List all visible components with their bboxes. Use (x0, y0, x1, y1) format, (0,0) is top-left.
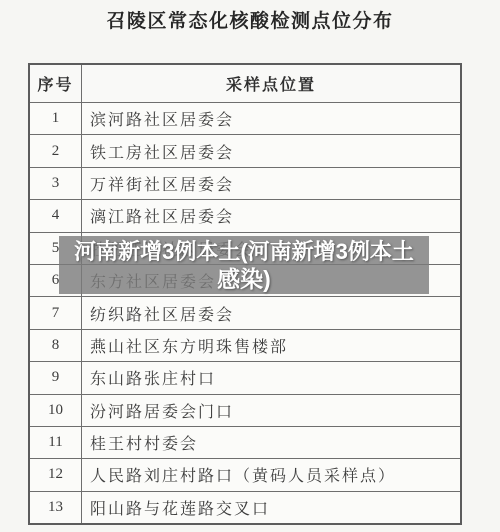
table-row: 10汾河路居委会门口 (29, 394, 461, 426)
page-title: 召陵区常态化核酸检测点位分布 (0, 6, 500, 33)
table-header-row: 序号 采样点位置 (29, 64, 461, 103)
row-sampling-location: 桂王村村委会 (82, 426, 462, 458)
header-serial-number: 序号 (29, 64, 82, 103)
row-serial-number: 4 (29, 200, 82, 232)
table-row: 3万祥街社区居委会 (29, 167, 461, 199)
row-serial-number: 9 (29, 362, 82, 394)
row-sampling-location: 人民路刘庄村路口（黄码人员采样点） (82, 459, 462, 491)
row-serial-number: 12 (29, 459, 82, 491)
row-sampling-location: 汾河路居委会门口 (82, 394, 462, 426)
header-sampling-location: 采样点位置 (82, 64, 462, 103)
news-caption-line1: 河南新增3例本土(河南新增3例本土 (59, 238, 429, 266)
table-row: 13阳山路与花莲路交叉口 (29, 491, 461, 523)
row-serial-number: 7 (29, 297, 82, 329)
row-sampling-location: 滨河路社区居委会 (82, 103, 462, 135)
row-sampling-location: 漓江路社区居委会 (82, 200, 462, 232)
row-sampling-location: 铁工房社区居委会 (82, 135, 462, 167)
row-sampling-location: 万祥街社区居委会 (82, 167, 462, 199)
table-row: 1滨河路社区居委会 (29, 103, 461, 135)
row-serial-number: 8 (29, 329, 82, 361)
row-sampling-location: 燕山社区东方明珠售楼部 (82, 329, 462, 361)
news-caption-line2: 感染) (59, 266, 429, 293)
news-caption-overlay: 河南新增3例本土(河南新增3例本土 感染) (59, 236, 429, 294)
row-serial-number: 13 (29, 491, 82, 523)
row-serial-number: 11 (29, 426, 82, 458)
table-row: 11桂王村村委会 (29, 426, 461, 458)
row-serial-number: 1 (29, 103, 82, 135)
row-sampling-location: 纺织路社区居委会 (82, 297, 462, 329)
table-row: 12人民路刘庄村路口（黄码人员采样点） (29, 459, 461, 491)
table-row: 8燕山社区东方明珠售楼部 (29, 329, 461, 361)
row-serial-number: 2 (29, 135, 82, 167)
table-row: 9东山路张庄村口 (29, 362, 461, 394)
row-sampling-location: 东山路张庄村口 (82, 362, 462, 394)
row-serial-number: 3 (29, 167, 82, 199)
table-body: 1滨河路社区居委会2铁工房社区居委会3万祥街社区居委会4漓江路社区居委会5牡丹江… (29, 103, 461, 524)
table-row: 7纺织路社区居委会 (29, 297, 461, 329)
table-row: 4漓江路社区居委会 (29, 200, 461, 232)
row-sampling-location: 阳山路与花莲路交叉口 (82, 491, 462, 523)
table-row: 2铁工房社区居委会 (29, 135, 461, 167)
row-serial-number: 10 (29, 394, 82, 426)
table-header: 序号 采样点位置 (29, 64, 461, 103)
